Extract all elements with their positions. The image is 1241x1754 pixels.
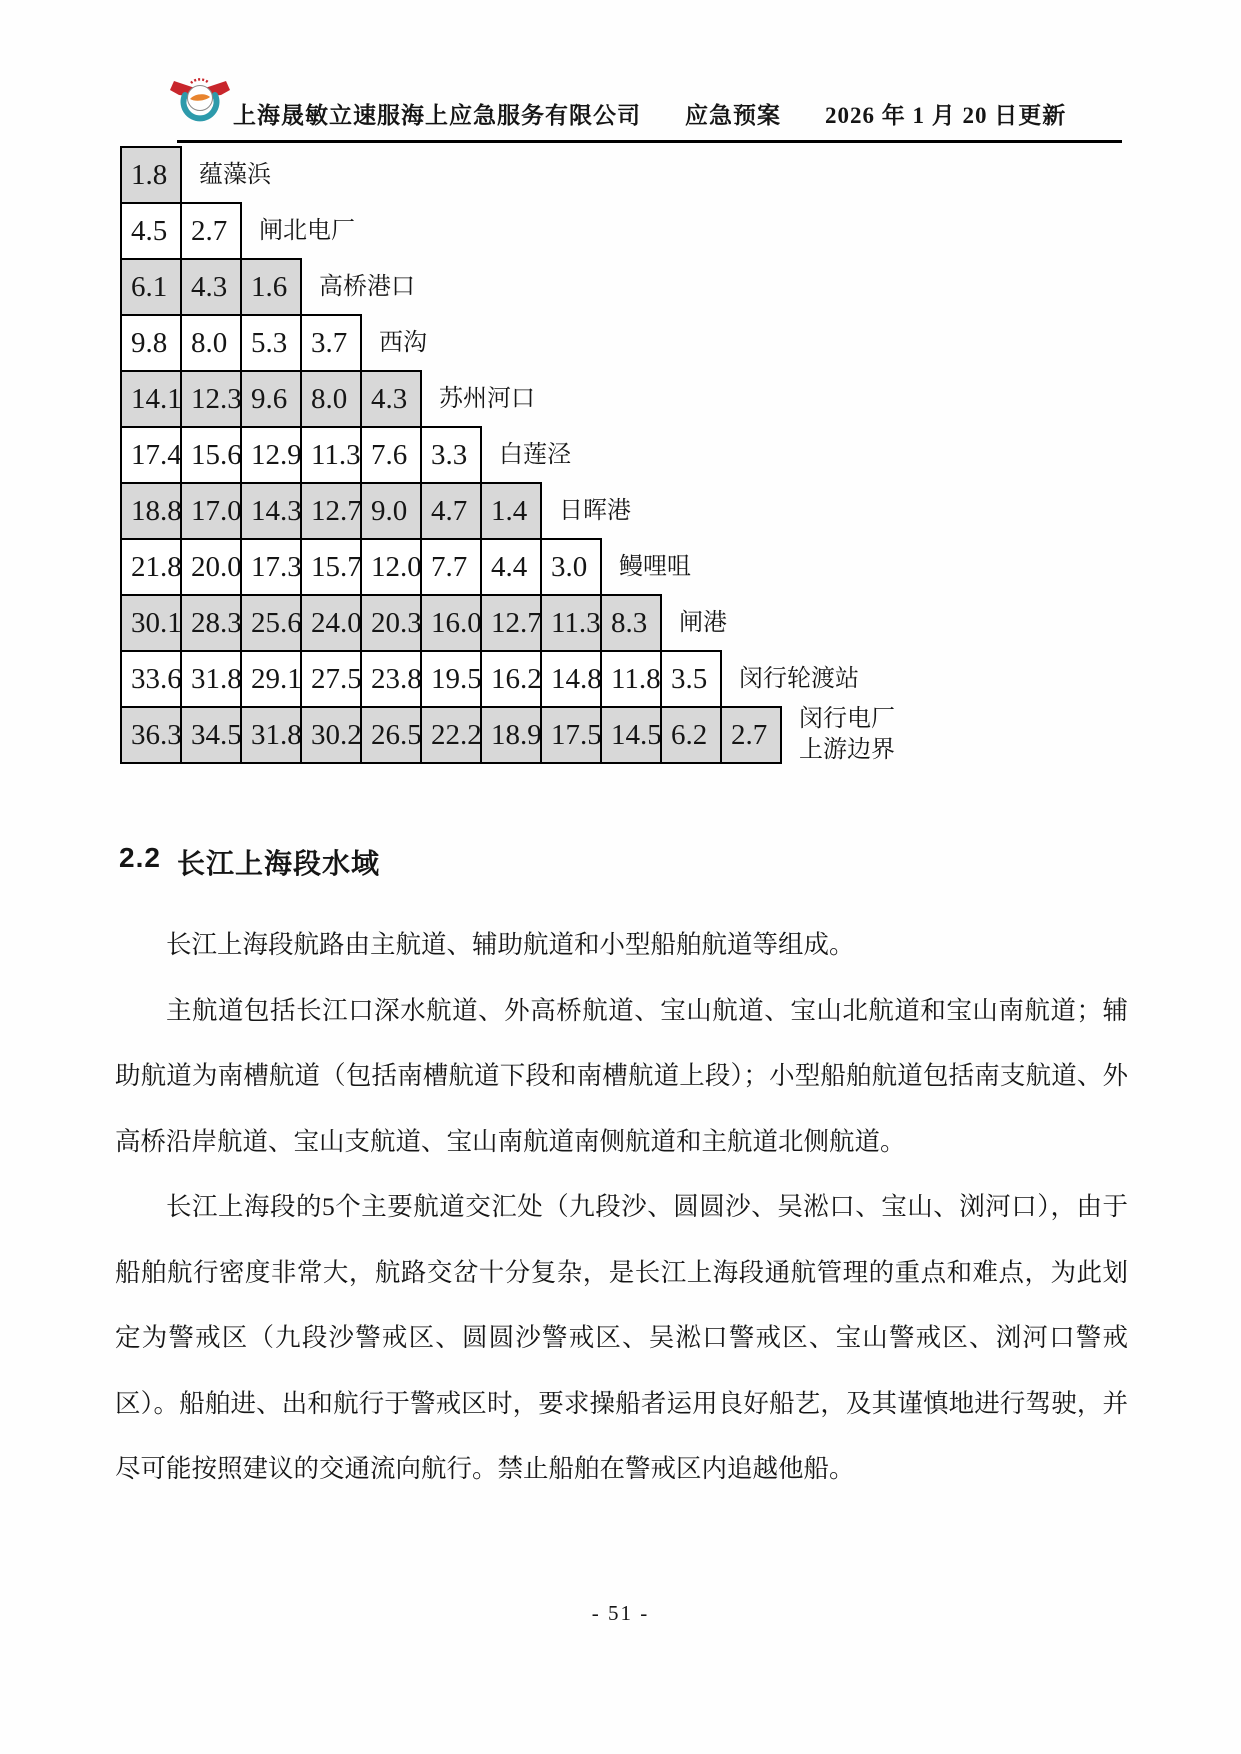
distance-cell: 27.5 [300,650,362,708]
distance-table-row: 1.8蕴藻浜 [120,146,895,204]
distance-cell: 8.3 [600,594,662,652]
distance-cell: 15.7 [300,538,362,596]
body-paragraphs: 长江上海段航路由主航道、辅助航道和小型船舶航道等组成。主航道包括长江口深水航道、… [115,912,1128,1502]
distance-cell: 12.9 [240,426,302,484]
page-number: - 51 - [0,1601,1241,1626]
place-label: 白莲泾 [499,440,571,471]
section-title: 长江上海段水域 [177,842,380,882]
distance-cell: 11.3 [300,426,362,484]
distance-cell: 23.8 [360,650,422,708]
distance-cell: 14.8 [540,650,602,708]
distance-table-row: 6.14.31.6高桥港口 [120,258,895,316]
distance-cell: 8.0 [300,370,362,428]
distance-cell: 3.0 [540,538,602,596]
distance-cell: 18.8 [120,482,182,540]
distance-cell: 9.8 [120,314,182,372]
distance-table-row: 4.52.7闸北电厂 [120,202,895,260]
distance-cell: 16.2 [480,650,542,708]
distance-table-row: 21.820.017.315.712.07.74.43.0鳗哩咀 [120,538,895,596]
distance-cell: 31.8 [180,650,242,708]
distance-cell: 9.0 [360,482,422,540]
place-label: 高桥港口 [319,272,415,303]
distance-cell: 1.4 [480,482,542,540]
distance-cell: 31.8 [240,706,302,764]
header-divider-rule [177,140,1122,143]
place-label: 日晖港 [559,496,631,527]
distance-cell: 15.6 [180,426,242,484]
place-label: 苏州河口 [439,384,535,415]
distance-cell: 4.3 [180,258,242,316]
distance-cell: 26.5 [360,706,422,764]
body-paragraph: 长江上海段航路由主航道、辅助航道和小型船舶航道等组成。 [115,912,1128,978]
distance-cell: 20.3 [360,594,422,652]
distance-cell: 5.3 [240,314,302,372]
distance-table-row: 18.817.014.312.79.04.71.4日晖港 [120,482,895,540]
distance-cell: 21.8 [120,538,182,596]
distance-cell: 33.6 [120,650,182,708]
distance-cell: 6.2 [660,706,722,764]
header-doc-type: 应急预案 [685,97,781,130]
distance-cell: 17.3 [240,538,302,596]
distance-cell: 4.4 [480,538,542,596]
distance-cell: 28.3 [180,594,242,652]
place-label: 蕴藻浜 [199,160,271,191]
distance-cell: 14.1 [120,370,182,428]
distance-cell: 4.5 [120,202,182,260]
body-paragraph: 主航道包括长江口深水航道、外高桥航道、宝山航道、宝山北航道和宝山南航道；辅助航道… [115,978,1128,1175]
distance-cell: 34.5 [180,706,242,764]
place-label: 闵行轮渡站 [739,664,859,695]
distance-table-row: 9.88.05.33.7西沟 [120,314,895,372]
distance-cell: 25.6 [240,594,302,652]
distance-cell: 3.5 [660,650,722,708]
distance-cell: 4.3 [360,370,422,428]
distance-cell: 12.7 [300,482,362,540]
distance-table-row: 36.334.531.830.226.522.218.917.514.56.22… [120,706,895,764]
distance-cell: 11.8 [600,650,662,708]
distance-cell: 3.3 [420,426,482,484]
distance-cell: 1.6 [240,258,302,316]
distance-cell: 20.0 [180,538,242,596]
distance-cell: 12.7 [480,594,542,652]
distance-cell: 16.0 [420,594,482,652]
distance-cell: 14.5 [600,706,662,764]
section-number: 2.2 [119,842,161,882]
distance-cell: 9.6 [240,370,302,428]
section-heading: 2.2 长江上海段水域 [119,842,380,882]
body-paragraph: 长江上海段的5个主要航道交汇处（九段沙、圆圆沙、吴淞口、宝山、浏河口），由于船舶… [115,1174,1128,1502]
distance-cell: 30.2 [300,706,362,764]
distance-table-row: 30.128.325.624.020.316.012.711.38.3闸港 [120,594,895,652]
distance-cell: 22.2 [420,706,482,764]
distance-cell: 14.3 [240,482,302,540]
distance-cell: 36.3 [120,706,182,764]
place-label: 闵行电厂上游边界 [799,704,895,766]
distance-cell: 7.6 [360,426,422,484]
place-label: 闸港 [679,608,727,639]
distance-table-row: 14.112.39.68.04.3苏州河口 [120,370,895,428]
place-label: 西沟 [379,328,427,359]
distance-cell: 17.4 [120,426,182,484]
distance-cell: 24.0 [300,594,362,652]
distance-cell: 11.3 [540,594,602,652]
distance-cell: 7.7 [420,538,482,596]
distance-cell: 2.7 [180,202,242,260]
distance-cell: 12.0 [360,538,422,596]
distance-cell: 6.1 [120,258,182,316]
place-label: 鳗哩咀 [619,552,691,583]
header-company-name: 上海晟敏立速服海上应急服务有限公司 [233,97,641,130]
distance-cell: 19.5 [420,650,482,708]
page-header: 上海晟敏立速服海上应急服务有限公司 应急预案 2026 年 1 月 20 日更新 [233,97,1066,130]
distance-table-row: 17.415.612.911.37.63.3白莲泾 [120,426,895,484]
distance-cell: 8.0 [180,314,242,372]
place-label: 闸北电厂 [259,216,355,247]
distance-cell: 30.1 [120,594,182,652]
distance-cell: 12.3 [180,370,242,428]
company-logo-icon [168,74,232,134]
header-updated-date: 2026 年 1 月 20 日更新 [825,97,1066,130]
distance-table-row: 33.631.829.127.523.819.516.214.811.83.5闵… [120,650,895,708]
distance-cell: 17.0 [180,482,242,540]
distance-cell: 2.7 [720,706,782,764]
distance-cell: 17.5 [540,706,602,764]
distance-cell: 4.7 [420,482,482,540]
distance-cell: 18.9 [480,706,542,764]
distance-cell: 1.8 [120,146,182,204]
distance-table: 1.8蕴藻浜4.52.7闸北电厂6.14.31.6高桥港口9.88.05.33.… [120,146,895,764]
distance-cell: 3.7 [300,314,362,372]
document-page: 上海晟敏立速服海上应急服务有限公司 应急预案 2026 年 1 月 20 日更新… [0,0,1241,1754]
distance-cell: 29.1 [240,650,302,708]
